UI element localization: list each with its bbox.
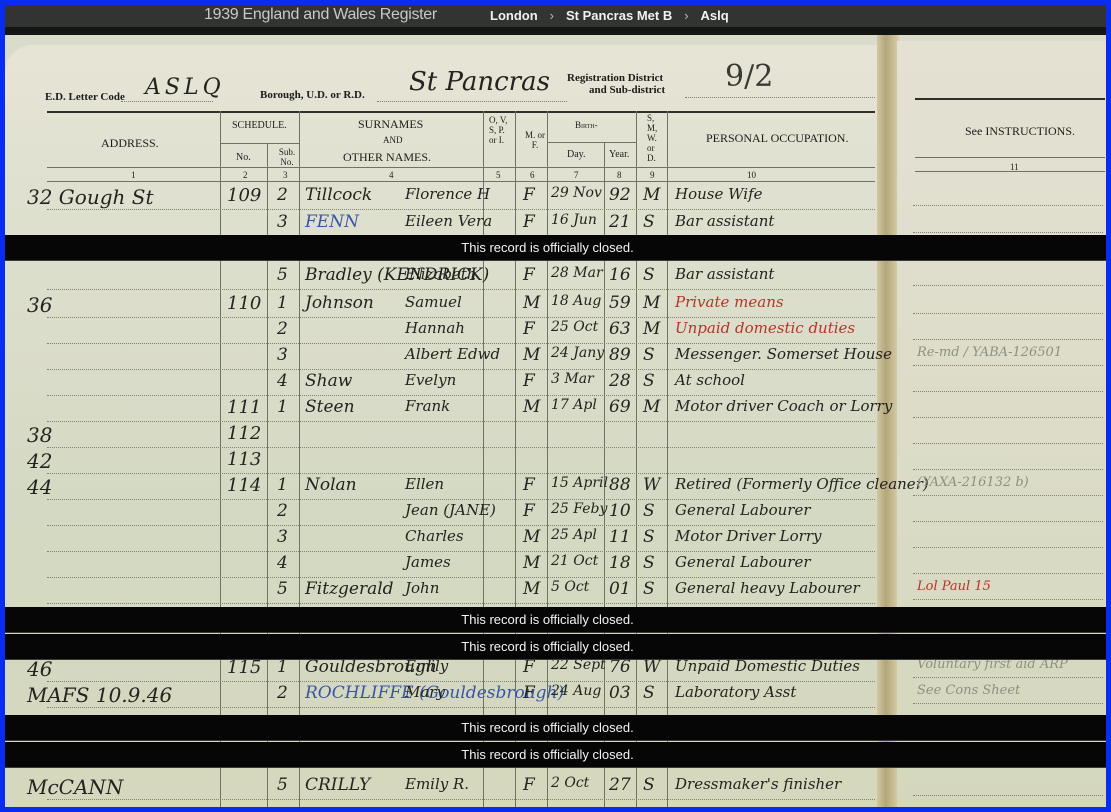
cell-forename: Evelyn xyxy=(405,371,456,389)
cell-notes: See Cons Sheet xyxy=(917,683,1020,698)
cell-occupation: General Labourer xyxy=(675,501,811,519)
cell-occupation: Motor driver Coach or Lorry xyxy=(675,397,892,415)
cell-sex: F xyxy=(523,212,535,232)
closed-record-text: This record is officially closed. xyxy=(461,240,633,255)
cell-status: M xyxy=(643,185,660,205)
page-gutter xyxy=(877,35,899,807)
cell-year: 01 xyxy=(609,579,631,599)
col-address: ADDRESS. xyxy=(101,136,159,151)
cell-sub: 2 xyxy=(277,185,288,205)
cell-day: 21 Oct xyxy=(551,553,598,569)
cell-address: McCANN xyxy=(27,775,123,799)
cell-sex: F xyxy=(523,683,535,703)
cell-occupation: General Labourer xyxy=(675,553,811,571)
cell-forename: Albert Edwd xyxy=(405,345,500,363)
cell-forename: Elizabeth xyxy=(405,265,477,283)
cell-sub: 1 xyxy=(277,475,288,495)
col-num: 4 xyxy=(389,170,394,180)
cell-status: S xyxy=(643,775,655,795)
cell-sub: 2 xyxy=(277,683,288,703)
cell-sub: 1 xyxy=(277,657,288,677)
cell-occupation: Laboratory Asst xyxy=(675,683,796,701)
cell-sex: M xyxy=(523,527,540,547)
cell-day: 3 Mar xyxy=(551,371,594,387)
cell-sub: 4 xyxy=(277,371,288,391)
cell-sub: 3 xyxy=(277,212,288,232)
col-ovspi: O, V, S, P. or I. xyxy=(489,115,511,145)
cell-sub: 2 xyxy=(277,501,288,521)
ed-letter-code-label: E.D. Letter Code xyxy=(45,91,125,103)
cell-day: 24 Aug xyxy=(551,683,601,699)
cell-surname: Fitzgerald xyxy=(305,579,394,599)
cell-address: MAFS 10.9.46 xyxy=(27,683,172,707)
cell-sex: M xyxy=(523,345,540,365)
cell-day: 5 Oct xyxy=(551,579,589,595)
cell-address: 32 Gough St xyxy=(27,185,153,209)
cell-occupation: General heavy Labourer xyxy=(675,579,860,597)
cell-occupation: House Wife xyxy=(675,185,763,203)
cell-status: S xyxy=(643,265,655,285)
cell-year: 69 xyxy=(609,397,631,417)
cell-sub: 1 xyxy=(277,293,288,313)
cell-occupation: Retired (Formerly Office cleaner) xyxy=(675,475,929,493)
cell-sex: F xyxy=(523,475,535,495)
cell-sex: F xyxy=(523,265,535,285)
cell-year: 16 xyxy=(609,265,631,285)
cell-sub: 3 xyxy=(277,345,288,365)
cell-surname: CRILLY xyxy=(305,775,370,795)
cell-day: 2 Oct xyxy=(551,775,589,791)
closed-record-bar: This record is officially closed. xyxy=(5,235,1106,261)
col-num: 10 xyxy=(747,170,756,180)
borough-value: St Pancras xyxy=(409,67,550,97)
header-bar: 1939 England and Wales Register London ›… xyxy=(5,5,1106,27)
col-year: Year. xyxy=(609,149,629,160)
col-birth: Birth- xyxy=(575,120,598,130)
cell-status: S xyxy=(643,579,655,599)
cell-notes: Lol Paul 15 xyxy=(917,579,991,594)
cell-year: 03 xyxy=(609,683,631,703)
col-occupation: PERSONAL OCCUPATION. xyxy=(706,131,848,146)
cell-sub: 2 xyxy=(277,319,288,339)
col-other-names: OTHER NAMES. xyxy=(343,150,431,165)
closed-record-text: This record is officially closed. xyxy=(461,612,633,627)
cell-schedule: 115 xyxy=(227,657,261,678)
cell-address: 36 xyxy=(27,293,52,317)
col-num: 11 xyxy=(1010,162,1019,172)
cell-forename: Eileen Vera xyxy=(405,212,492,230)
col-num: 5 xyxy=(496,170,501,180)
cell-status: S xyxy=(643,683,655,703)
col-instructions: See INSTRUCTIONS. xyxy=(965,124,1075,139)
cell-schedule: 113 xyxy=(227,449,261,470)
registration-label-1: Registration District xyxy=(567,72,663,84)
ed-letter-code-value: ASLQ xyxy=(145,75,225,100)
cell-year: 92 xyxy=(609,185,631,205)
col-num: 7 xyxy=(574,170,579,180)
cell-status: M xyxy=(643,397,660,417)
col-surnames: SURNAMES xyxy=(358,117,423,132)
cell-year: 89 xyxy=(609,345,631,365)
cell-surname: Tillcock xyxy=(305,185,372,205)
borough-label: Borough, U.D. or R.D. xyxy=(260,89,365,101)
breadcrumb: London › St Pancras Met B › Aslq xyxy=(490,8,729,23)
cell-year: 21 xyxy=(609,212,631,232)
closed-record-bar: This record is officially closed. xyxy=(5,634,1106,660)
cell-status: W xyxy=(643,657,660,677)
cell-forename: James xyxy=(405,553,451,571)
cell-status: S xyxy=(643,212,655,232)
register-image[interactable]: E.D. Letter Code ASLQ Borough, U.D. or R… xyxy=(5,35,1106,807)
col-num: 2 xyxy=(243,170,248,180)
closed-record-text: This record is officially closed. xyxy=(461,720,633,735)
col-num: 3 xyxy=(283,170,288,180)
cell-day: 17 Apl xyxy=(551,397,597,413)
registration-label-2: and Sub-district xyxy=(589,84,665,96)
registration-value: 9/2 xyxy=(725,59,773,94)
cell-year: 27 xyxy=(609,775,631,795)
cell-occupation: Dressmaker's finisher xyxy=(675,775,841,793)
cell-year: 63 xyxy=(609,319,631,339)
cell-day: 28 Mar xyxy=(551,265,603,281)
cell-forename: Charles xyxy=(405,527,464,545)
closed-record-text: This record is officially closed. xyxy=(461,639,633,654)
cell-forename: Samuel xyxy=(405,293,462,311)
col-num: 9 xyxy=(650,170,655,180)
col-schedule: SCHEDULE. xyxy=(232,120,287,131)
breadcrumb-london[interactable]: London xyxy=(490,8,538,23)
cell-sub: 1 xyxy=(277,397,288,417)
cell-day: 25 Oct xyxy=(551,319,598,335)
cell-occupation: Bar assistant xyxy=(675,265,774,283)
col-num: 8 xyxy=(617,170,622,180)
cell-sex: M xyxy=(523,293,540,313)
cell-sex: F xyxy=(523,371,535,391)
cell-schedule: 114 xyxy=(227,475,261,496)
cell-schedule: 111 xyxy=(227,397,261,418)
col-num: 1 xyxy=(131,170,136,180)
breadcrumb-separator-icon: › xyxy=(684,8,688,23)
col-sub-no: Sub. No. xyxy=(276,147,298,167)
cell-year: 76 xyxy=(609,657,631,677)
cell-address: 38 xyxy=(27,423,52,447)
cell-day: 24 Jany xyxy=(551,345,604,361)
cell-status: S xyxy=(643,501,655,521)
cell-occupation: Private means xyxy=(675,293,784,311)
cell-sub: 5 xyxy=(277,579,288,599)
cell-surname: FENN xyxy=(305,212,359,232)
cell-status: M xyxy=(643,293,660,313)
cell-sex: F xyxy=(523,775,535,795)
cell-address: 44 xyxy=(27,475,52,499)
cell-schedule: 112 xyxy=(227,423,261,444)
cell-sex: F xyxy=(523,657,535,677)
cell-notes: Re-md / YABA-126501 xyxy=(917,345,1062,360)
col-mf: M. or F. xyxy=(525,130,545,150)
cell-sex: M xyxy=(523,553,540,573)
cell-occupation: Unpaid domestic duties xyxy=(675,319,855,337)
cell-sex: M xyxy=(523,579,540,599)
cell-day: 25 Apl xyxy=(551,527,597,543)
cell-day: 18 Aug xyxy=(551,293,601,309)
cell-forename: Ellen xyxy=(405,475,444,493)
closed-record-bar: This record is officially closed. xyxy=(5,715,1106,741)
cell-address: 42 xyxy=(27,449,52,473)
cell-year: 88 xyxy=(609,475,631,495)
cell-year: 10 xyxy=(609,501,631,521)
col-and: AND xyxy=(383,135,403,145)
cell-forename: Emily R. xyxy=(405,775,469,793)
cell-status: S xyxy=(643,371,655,391)
cell-forename: Florence H xyxy=(405,185,490,203)
col-schedule-no: No. xyxy=(236,152,251,163)
col-day: Day. xyxy=(567,149,586,160)
closed-record-bar: This record is officially closed. xyxy=(5,742,1106,768)
cell-surname: Shaw xyxy=(305,371,352,391)
cell-year: 18 xyxy=(609,553,631,573)
closed-record-text: This record is officially closed. xyxy=(461,747,633,762)
cell-status: S xyxy=(643,553,655,573)
cell-forename: Mary xyxy=(405,683,445,701)
cell-sex: F xyxy=(523,185,535,205)
cell-forename: Hannah xyxy=(405,319,465,337)
cell-forename: Frank xyxy=(405,397,450,415)
closed-record-bar: This record is officially closed. xyxy=(5,607,1106,633)
cell-year: 59 xyxy=(609,293,631,313)
cell-address: 46 xyxy=(27,657,52,681)
cell-surname: Steen xyxy=(305,397,355,417)
cell-day: 15 April xyxy=(551,475,608,491)
breadcrumb-district[interactable]: St Pancras Met B xyxy=(566,8,672,23)
viewer-frame: 1939 England and Wales Register London ›… xyxy=(5,5,1106,807)
cell-sex: F xyxy=(523,319,535,339)
cell-status: S xyxy=(643,345,655,365)
col-smwd: S, M, W. or D. xyxy=(647,113,665,163)
cell-surname: Nolan xyxy=(305,475,357,495)
breadcrumb-ed[interactable]: Aslq xyxy=(701,8,729,23)
cell-day: 25 Feby xyxy=(551,501,607,517)
cell-schedule: 110 xyxy=(227,293,261,314)
cell-surname: Johnson xyxy=(305,293,374,313)
cell-occupation: At school xyxy=(675,371,745,389)
collection-title: 1939 England and Wales Register xyxy=(204,6,437,24)
cell-notes: (YAXA-216132 b) xyxy=(917,475,1029,490)
cell-occupation: Bar assistant xyxy=(675,212,774,230)
cell-forename: Jean (JANE) xyxy=(405,501,496,519)
cell-sub: 3 xyxy=(277,527,288,547)
cell-day: 29 Nov xyxy=(551,185,602,201)
cell-occupation: Motor Driver Lorry xyxy=(675,527,821,545)
breadcrumb-separator-icon: › xyxy=(550,8,554,23)
cell-status: W xyxy=(643,475,660,495)
cell-status: M xyxy=(643,319,660,339)
cell-status: S xyxy=(643,527,655,547)
cell-sub: 5 xyxy=(277,265,288,285)
cell-day: 16 Jun xyxy=(551,212,597,228)
cell-year: 28 xyxy=(609,371,631,391)
cell-sex: M xyxy=(523,397,540,417)
cell-year: 11 xyxy=(609,527,631,547)
cell-sub: 4 xyxy=(277,553,288,573)
col-num: 6 xyxy=(530,170,535,180)
cell-sub: 5 xyxy=(277,775,288,795)
cell-occupation: Messenger. Somerset House xyxy=(675,345,892,363)
cell-schedule: 109 xyxy=(227,185,261,206)
cell-sex: F xyxy=(523,501,535,521)
cell-forename: John xyxy=(405,579,439,597)
